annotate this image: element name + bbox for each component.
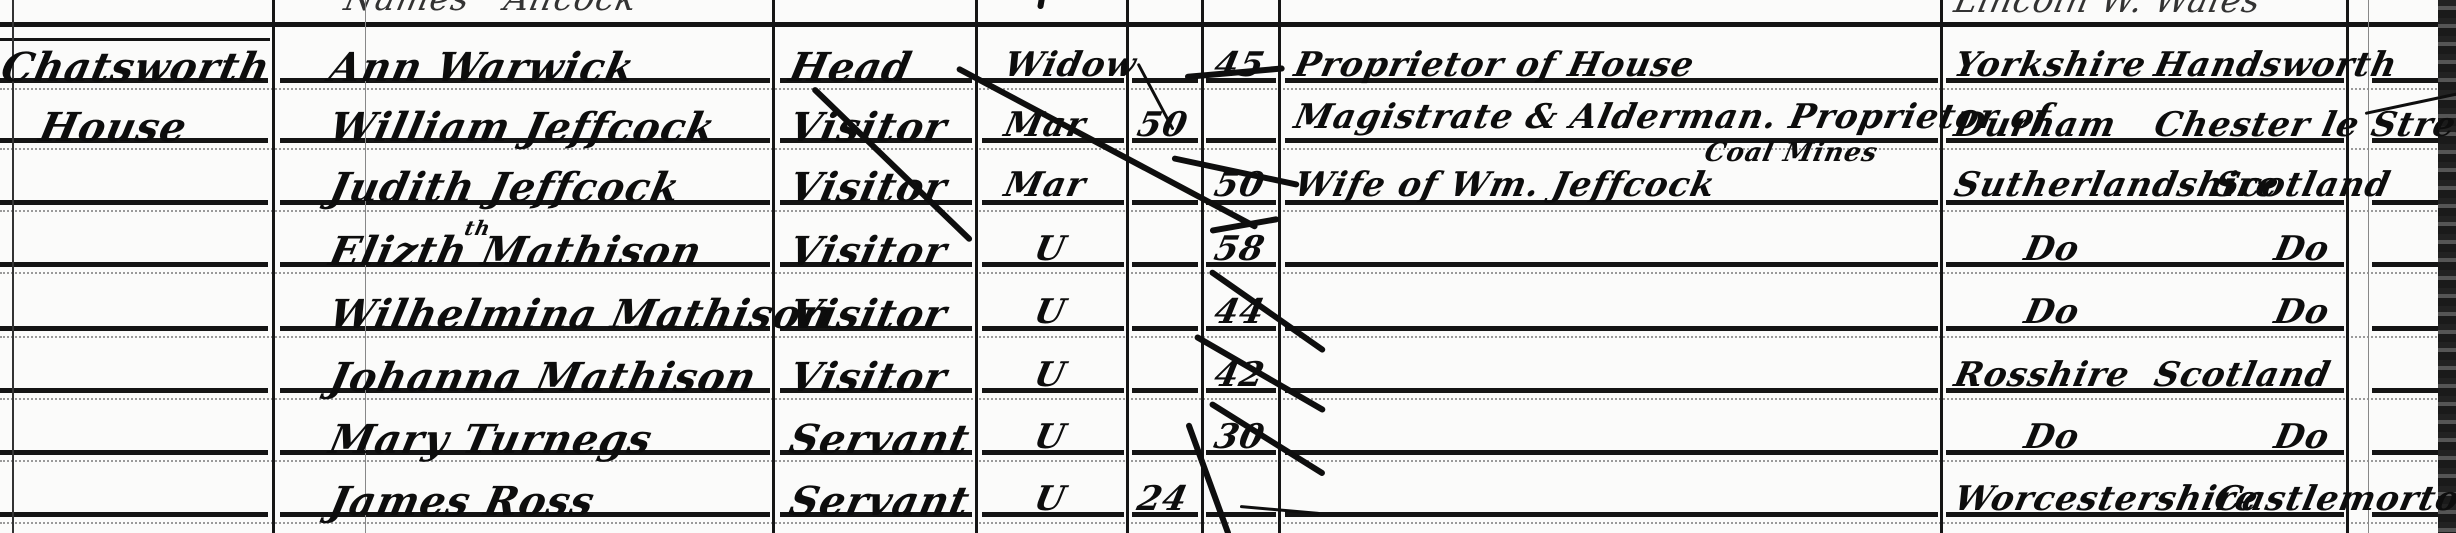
row-rule (1206, 138, 1276, 143)
row-rule (0, 388, 268, 393)
marital-condition: U (1031, 295, 1069, 329)
row-rule (0, 200, 268, 205)
column-line (1940, 0, 1943, 533)
column-line (772, 0, 775, 533)
person-name: James Ross (326, 482, 599, 522)
header-birthplace: Lincoln W. Wales (1951, 0, 2264, 18)
address-line-2: House (36, 108, 191, 148)
person-name: Mary Turnegs (326, 420, 656, 460)
marital-condition: U (1031, 358, 1069, 392)
row-rule (1132, 450, 1198, 455)
row-rule (1285, 388, 1938, 393)
row-rule (1132, 262, 1198, 267)
occupation: Magistrate & Alderman. Proprietor of (1291, 100, 2054, 134)
person-name: Elizth Mathison (326, 232, 706, 272)
birthplace-parish: Scotland (2151, 358, 2333, 392)
occupation: Proprietor of House (1291, 48, 1697, 82)
relation-to-head: Visitor (786, 232, 951, 272)
row-rule (1285, 262, 1938, 267)
marital-condition: Widow (1001, 48, 1139, 82)
tally-mark (1037, 0, 1078, 10)
header-names: Names (341, 0, 473, 16)
census-page: Names Allcock Lincoln W. Wales Chatswort… (0, 0, 2456, 533)
row-rule (1132, 388, 1198, 393)
header-rule (0, 22, 2440, 27)
row-rule (1132, 200, 1198, 205)
birthplace-county: Do (2021, 295, 2082, 329)
name-superscript: th (463, 218, 493, 238)
row-rule (2372, 326, 2440, 331)
birthplace-county: Do (2021, 420, 2082, 454)
row-rule (2372, 388, 2440, 393)
age-female: 58 (1211, 232, 1268, 266)
birthplace-county: Durham (1951, 108, 2119, 142)
birthplace-county: Rosshire (1951, 358, 2133, 392)
person-name: Johanna Mathison (326, 358, 760, 398)
birthplace-parish: Do (2271, 420, 2332, 454)
header-allcock: Allcock (501, 0, 641, 16)
birthplace-parish: Chester le Street (2151, 108, 2456, 142)
row-rule (0, 512, 268, 517)
person-name: Judith Jeffcock (326, 168, 684, 208)
column-line (1278, 0, 1281, 533)
row-rule (2372, 262, 2440, 267)
marital-condition: U (1031, 232, 1069, 266)
header-rule-2 (0, 38, 270, 41)
marital-condition: U (1031, 482, 1069, 516)
row-rule (1285, 450, 1938, 455)
marital-condition: U (1031, 420, 1069, 454)
row-rule (1132, 326, 1198, 331)
row-rule (2372, 450, 2440, 455)
page-edge (2438, 0, 2456, 533)
person-name: Wilhelmina Mathison (326, 295, 836, 335)
birthplace-county: Do (2021, 232, 2082, 266)
birthplace-parish: Scotland (2211, 168, 2393, 202)
birthplace-parish: Handsworth (2151, 48, 2400, 82)
row-rule (1285, 326, 1938, 331)
birthplace-parish: Do (2271, 295, 2332, 329)
age-male: 24 (1134, 482, 1191, 516)
age-female: 44 (1211, 295, 1268, 329)
birthplace-county: Yorkshire (1951, 48, 2149, 82)
occupation-continuation: Coal Mines (1702, 140, 1880, 166)
person-name: William Jeffcock (326, 108, 720, 148)
row-rule (1285, 512, 1938, 517)
marital-condition: Mar (1001, 168, 1089, 202)
address-line-1: Chatsworth (0, 48, 274, 88)
row-rule (0, 450, 268, 455)
relation-to-head: Visitor (786, 358, 951, 398)
row-rule (0, 262, 268, 267)
relation-to-head: Servant (786, 482, 974, 522)
occupation: Wife of Wm. Jeffcock (1291, 168, 1718, 202)
relation-to-head: Head (786, 48, 916, 88)
relation-to-head: Visitor (786, 295, 951, 335)
birthplace-parish: Do (2271, 232, 2332, 266)
birthplace-parish: Castlemorton (2211, 482, 2456, 516)
relation-to-head: Servant (786, 420, 974, 460)
row-rule (0, 326, 268, 331)
person-name: Ann Warwick (326, 48, 639, 88)
column-line (272, 0, 275, 533)
